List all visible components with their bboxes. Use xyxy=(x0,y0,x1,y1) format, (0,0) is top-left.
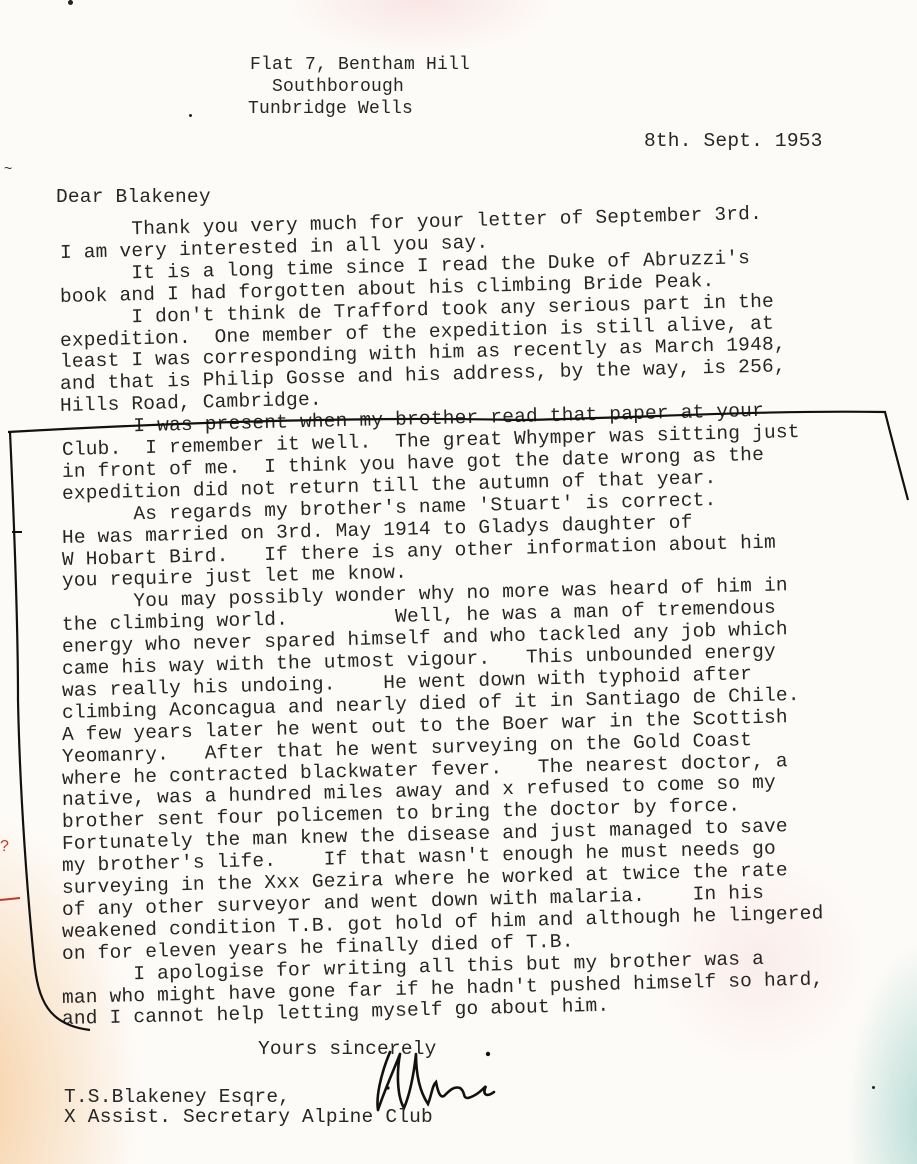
letter-page: Flat 7, Bentham Hill Southborough Tunbri… xyxy=(0,0,917,1164)
ink-speck xyxy=(872,1086,875,1089)
ink-speck xyxy=(189,114,192,117)
recipient-name: T.S.Blakeney Esqre, xyxy=(64,1088,290,1108)
red-margin-stroke xyxy=(0,0,917,1164)
recipient-title: X Assist. Secretary Alpine Club xyxy=(64,1108,433,1128)
ink-speck xyxy=(68,0,73,5)
